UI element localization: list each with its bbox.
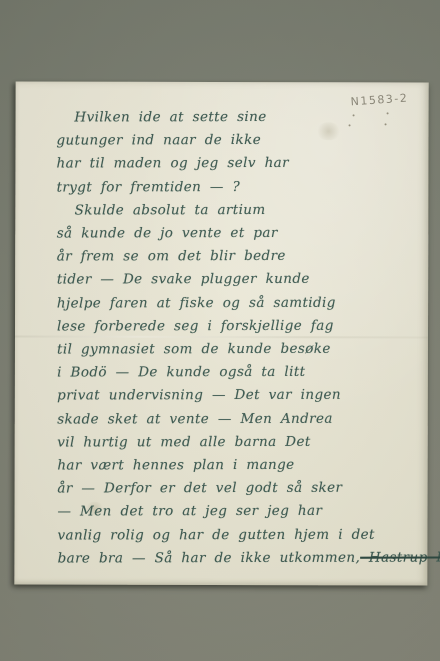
handwriting-line: privat undervisning — Det var ingen bbox=[57, 384, 417, 408]
handwriting-line: har vært hennes plan i mange bbox=[57, 454, 417, 478]
handwriting-line: — Men det tro at jeg ser jeg har bbox=[57, 500, 417, 524]
handwriting-line: Hvilken ide at sette sine bbox=[56, 106, 416, 130]
handwriting-line: år frem se om det blir bedre bbox=[57, 245, 417, 269]
handwriting-line: hjelpe faren at fiske og så samtidig bbox=[57, 291, 417, 315]
handwriting-line: vanlig rolig og har de gutten hjem i det bbox=[57, 523, 417, 547]
handwriting-line: Skulde absolut ta artium bbox=[57, 198, 417, 222]
handwriting-line: til gymnasiet som de kunde besøke bbox=[57, 338, 417, 362]
handwriting-line: lese forberede seg i forskjellige fag bbox=[57, 314, 417, 338]
photo-background: N1583-2 Hvilken ide at sette sinegutunge… bbox=[0, 0, 440, 661]
handwriting-block: Hvilken ide at sette sinegutunger ind na… bbox=[56, 106, 417, 571]
handwriting-line: trygt for fremtiden — ? bbox=[57, 175, 417, 199]
handwriting-line: tider — De svake plugger kunde bbox=[57, 268, 417, 292]
handwriting-line: har til maden og jeg selv har bbox=[57, 152, 417, 176]
handwriting-line: vil hurtig ut med alle barna Det bbox=[57, 430, 417, 454]
handwriting-line: gutunger ind naar de ikke bbox=[56, 129, 416, 153]
handwriting-line: så kunde de jo vente et par bbox=[57, 222, 417, 246]
handwriting-line: år — Derfor er det vel godt så sker bbox=[57, 477, 417, 501]
handwriting-line: skade sket at vente — Men Andrea bbox=[57, 407, 417, 431]
handwriting-line: bare bra — Så har de ikke utkommen, Hast… bbox=[58, 546, 418, 570]
crossed-out-text: Hastrup Bolle bbox=[360, 549, 440, 565]
handwriting-line: i Bodö — De kunde også ta litt bbox=[57, 361, 417, 385]
letter-page: N1583-2 Hvilken ide at sette sinegutunge… bbox=[14, 81, 428, 585]
